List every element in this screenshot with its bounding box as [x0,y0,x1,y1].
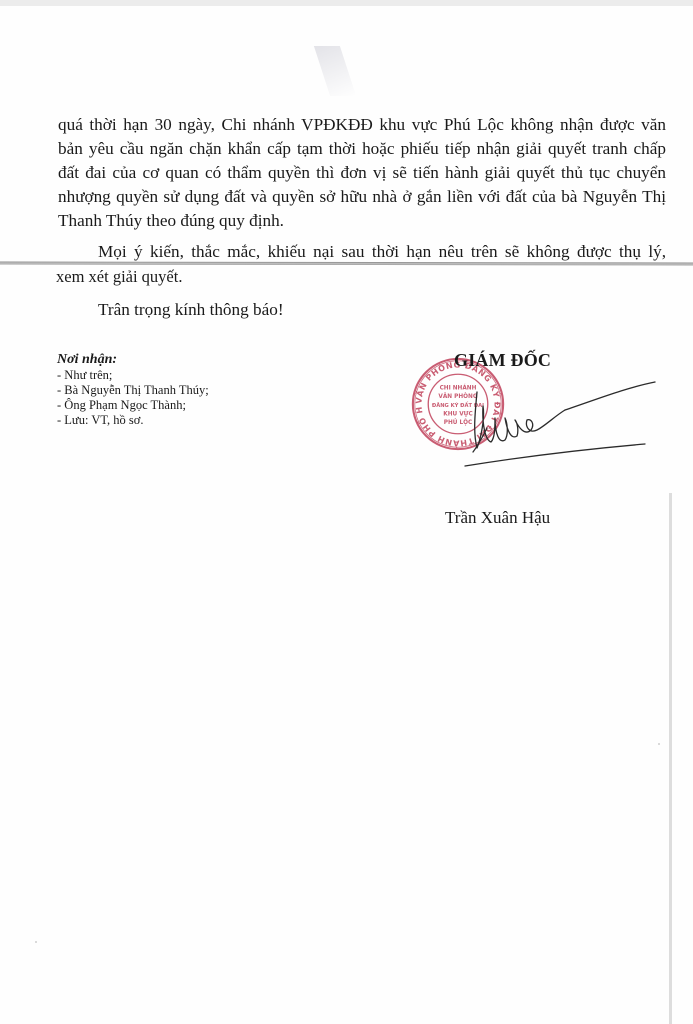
paragraph-continuation: quá thời hạn 30 ngày, Chi nhánh VPĐKĐĐ k… [58,113,666,233]
text-line: Thanh Thúy theo đúng quy định. [58,209,666,233]
scan-speck [35,941,37,943]
text-line: quá thời hạn 30 ngày, Chi nhánh VPĐKĐĐ k… [58,113,666,137]
text-line: Mọi ý kiến, thắc mắc, khiếu nại sau thời… [58,240,666,264]
scan-smudge [314,46,356,96]
recipient-item: - Lưu: VT, hồ sơ. [57,413,209,428]
recipients-block: Nơi nhận: - Như trên; - Bà Nguyễn Thị Th… [57,352,209,428]
recipient-item: - Bà Nguyễn Thị Thanh Thúy; [57,383,209,398]
closing-line: Trân trọng kính thông báo! [98,298,693,322]
recipient-item: - Như trên; [57,368,209,383]
handwritten-signature [455,378,665,478]
scan-speck [658,743,660,745]
text-line: bản yêu cầu ngăn chặn khẩn cấp tạm thời … [58,137,666,161]
signature-position-title: GIÁM ĐỐC [454,350,551,371]
signer-name: Trần Xuân Hậu [445,508,550,528]
recipients-title: Nơi nhận: [57,352,209,367]
text-line: đất đai của cơ quan có thẩm quyền thì đơ… [58,161,666,185]
recipient-item: - Ông Phạm Ngọc Thành; [57,398,209,413]
text-line: xem xét giải quyết. [56,265,666,289]
page-edge-shadow [669,493,672,1024]
text-line: nhượng quyền sử dụng đất và quyền sở hữu… [58,185,666,209]
